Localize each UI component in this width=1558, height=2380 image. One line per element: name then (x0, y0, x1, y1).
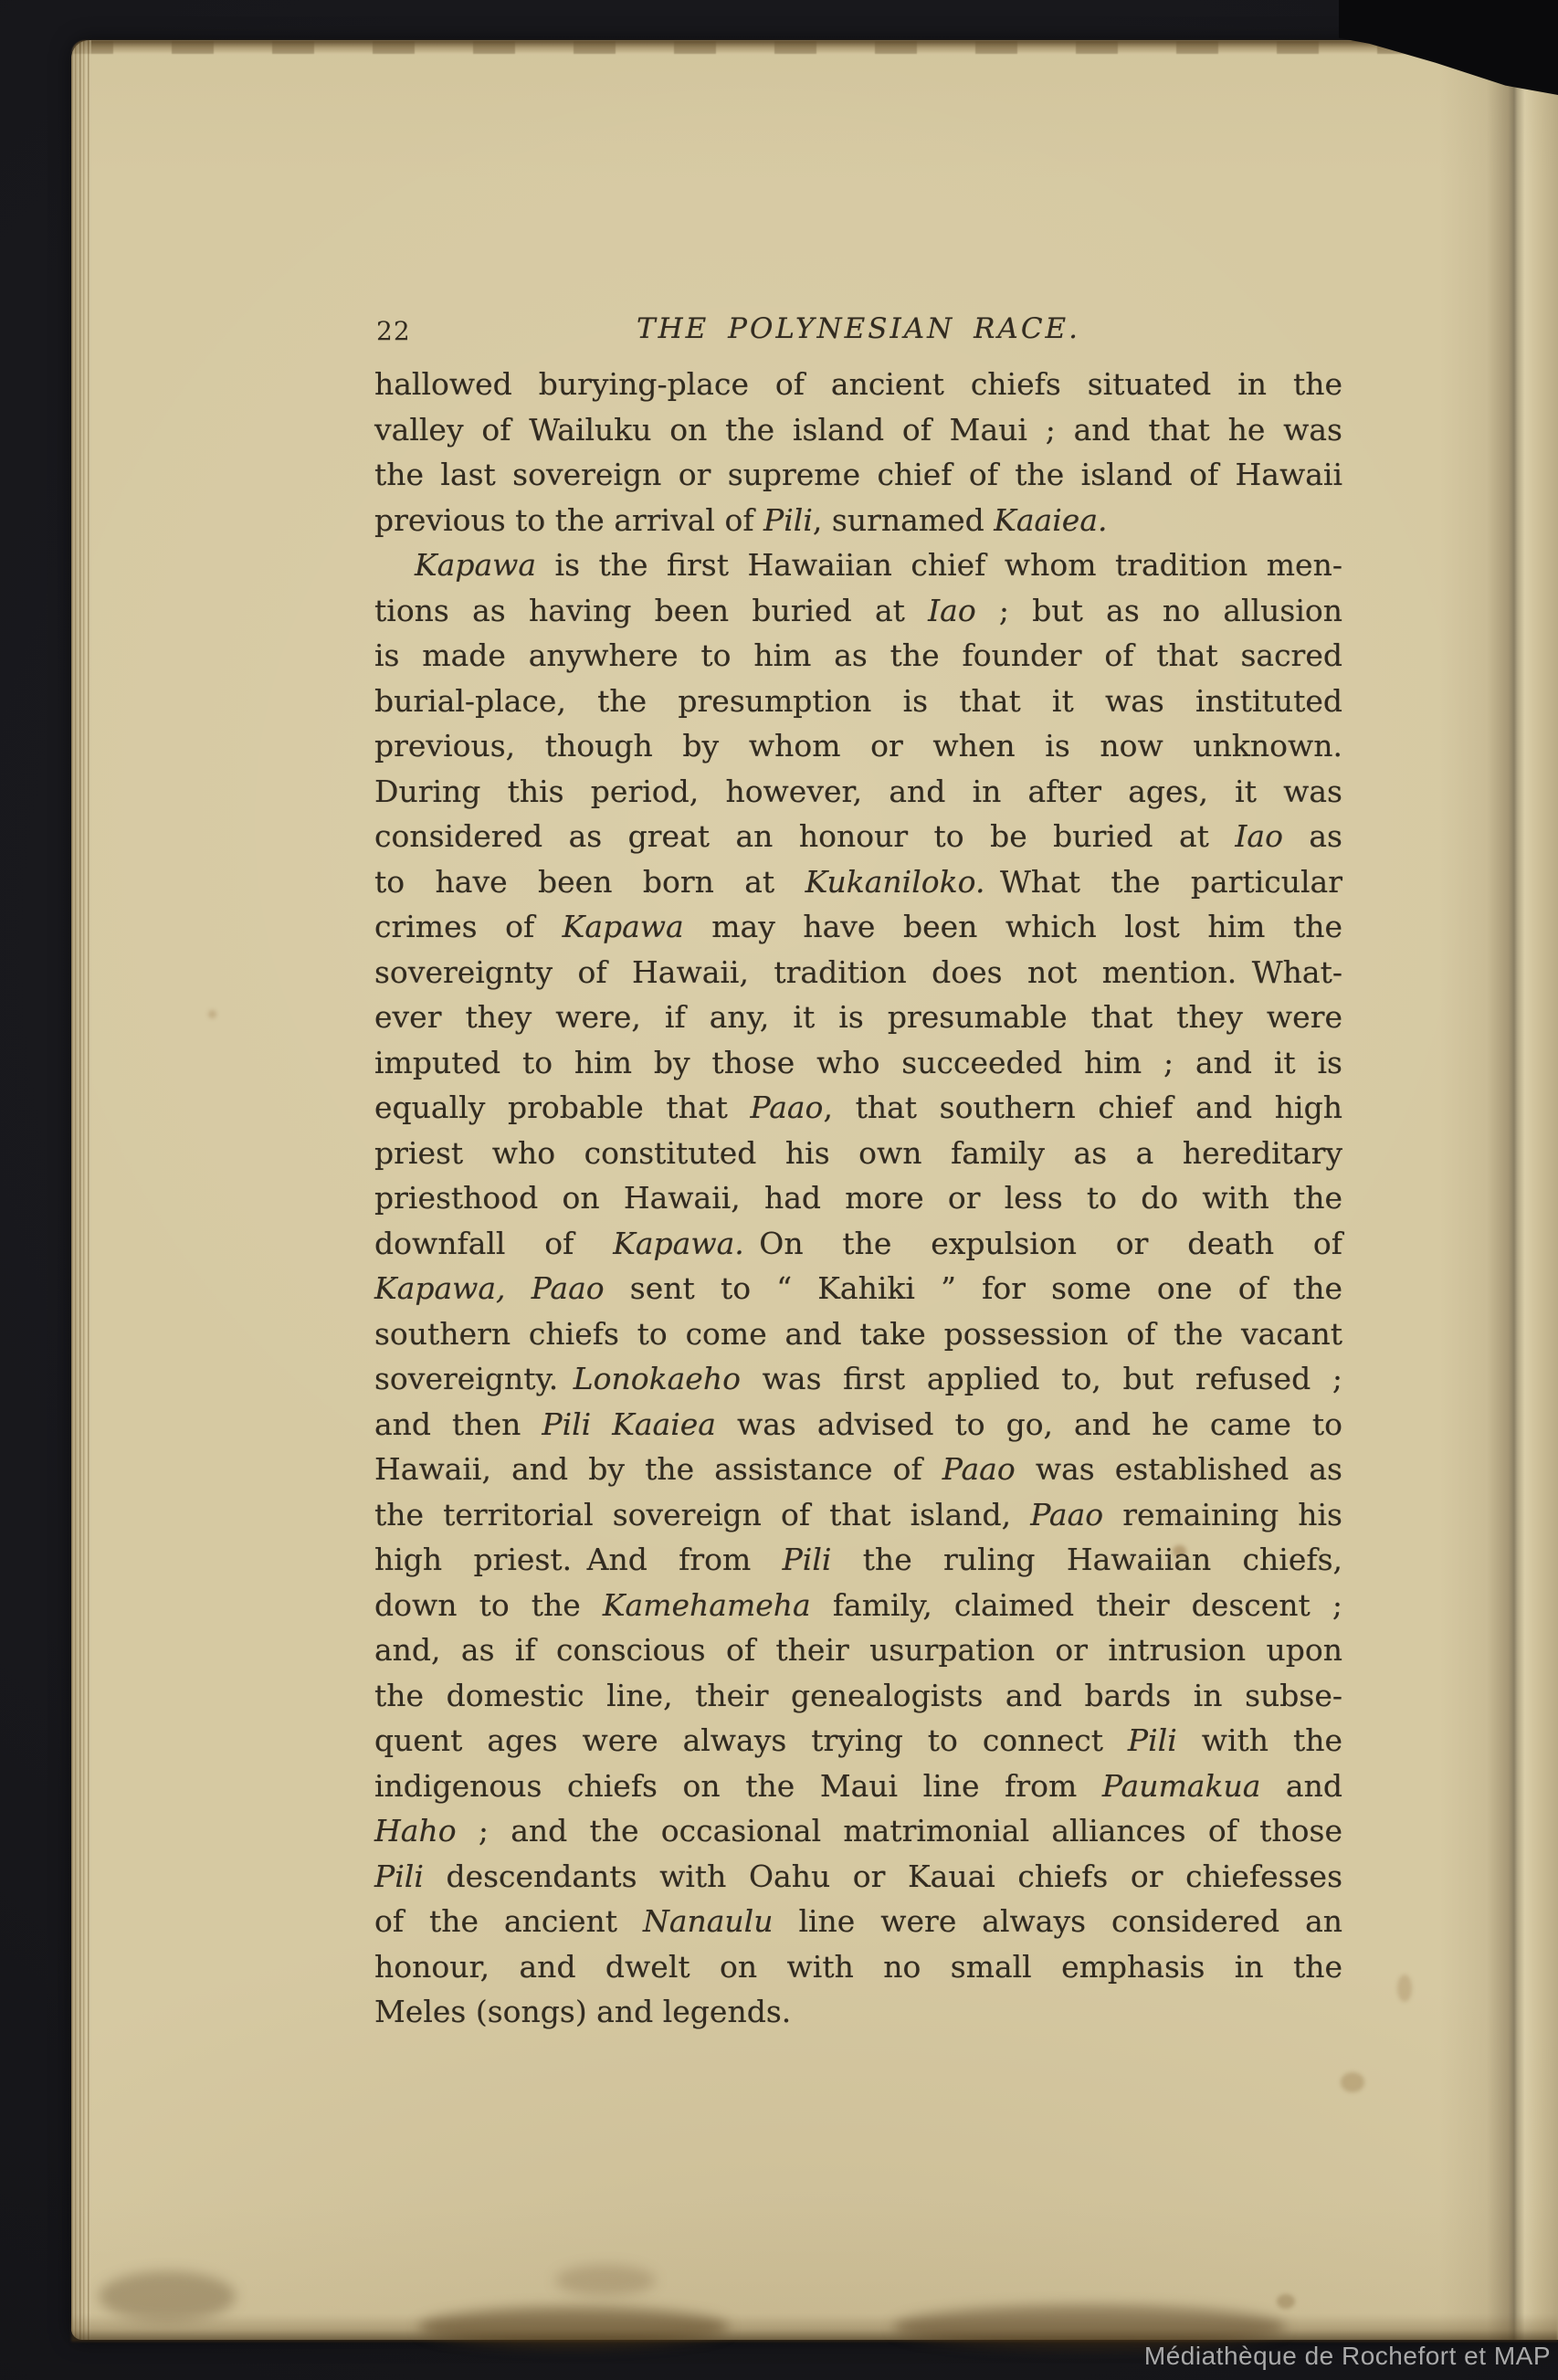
stain (555, 2265, 656, 2296)
text-line: previous, though by whom or when is now … (374, 723, 1342, 769)
text-line: Hawaii, and by the assistance of Paao wa… (374, 1447, 1342, 1492)
text-line: sovereignty. Lonokaeho was first applied… (374, 1356, 1342, 1402)
scan-background: 22 THE POLYNESIAN RACE. hallowed burying… (0, 0, 1558, 2380)
stain (99, 2271, 236, 2322)
page-number: 22 (376, 316, 411, 346)
text-line: indigenous chiefs on the Maui line from … (374, 1764, 1342, 1809)
text-line: previous to the arrival of Pili, surname… (374, 498, 1342, 543)
text-line: imputed to him by those who succeeded hi… (374, 1040, 1342, 1086)
text-line: down to the Kamehameha family, claimed t… (374, 1583, 1342, 1628)
text-line: considered as great an honour to be buri… (374, 814, 1342, 859)
text-line: hallowed burying-place of ancient chiefs… (374, 362, 1342, 407)
book-page: 22 THE POLYNESIAN RACE. hallowed burying… (71, 40, 1558, 2340)
text-line: Pili descendants with Oahu or Kauai chie… (374, 1854, 1342, 1900)
text-line: the territorial sovereign of that island… (374, 1492, 1342, 1538)
text-line: priest who constituted his own family as… (374, 1131, 1342, 1176)
text-line: priesthood on Hawaii, had more or less t… (374, 1175, 1342, 1221)
gutter-shadow (1439, 40, 1558, 2340)
text-line: ever they were, if any, it is presumable… (374, 995, 1342, 1040)
text-line: southern chiefs to come and take possess… (374, 1311, 1342, 1357)
watermark-text: Médiathèque de Rochefort et MAP (1144, 2342, 1551, 2371)
text-line: downfall of Kapawa. On the expulsion or … (374, 1221, 1342, 1267)
text-line: equally probable that Paao, that souther… (374, 1085, 1342, 1131)
text-line: valley of Wailuku on the island of Maui … (374, 407, 1342, 453)
text-line: and, as if conscious of their usurpation… (374, 1627, 1342, 1673)
page-bottom-edge (71, 2314, 1558, 2342)
text-line: and then Pili Kaaiea was advised to go, … (374, 1402, 1342, 1448)
text-line: tions as having been buried at Iao ; but… (374, 588, 1342, 634)
text-line: high priest. And from Pili the ruling Ha… (374, 1537, 1342, 1583)
text-line: Kapawa, Paao sent to “ Kahiki ” for some… (374, 1266, 1342, 1311)
text-line: honour, and dwelt on with no small empha… (374, 1944, 1342, 1990)
text-line: sovereignty of Hawaii, tradition does no… (374, 950, 1342, 995)
text-line: burial-place, the presumption is that it… (374, 679, 1342, 724)
text-line: During this period, however, and in afte… (374, 769, 1342, 815)
text-line: Meles (songs) and legends. (374, 1989, 1342, 2035)
stain (418, 2307, 729, 2347)
page-header: 22 THE POLYNESIAN RACE. (374, 307, 1342, 354)
text-line: to have been born at Kukaniloko. What th… (374, 859, 1342, 905)
text-line: of the ancient Nanaulu line were always … (374, 1899, 1342, 1944)
text-line: quent ages were always trying to connect… (374, 1718, 1342, 1764)
text-line: Haho ; and the occasional matrimonial al… (374, 1808, 1342, 1854)
foxing-spot (1341, 2072, 1364, 2092)
text-line: is made anywhere to him as the founder o… (374, 633, 1342, 679)
foxing-spot (1397, 1975, 1412, 2002)
body-text: hallowed burying-place of ancient chiefs… (374, 362, 1342, 2035)
text-line: Kapawa is the first Hawaiian chief whom … (374, 542, 1342, 588)
text-line: crimes of Kapawa may have been which los… (374, 904, 1342, 950)
foxing-spot (208, 1010, 216, 1018)
text-line: the last sovereign or supreme chief of t… (374, 452, 1342, 498)
foxing-spot (1277, 2294, 1295, 2309)
text-line: the domestic line, their genealogists an… (374, 1673, 1342, 1719)
running-title: THE POLYNESIAN RACE. (374, 307, 1342, 345)
